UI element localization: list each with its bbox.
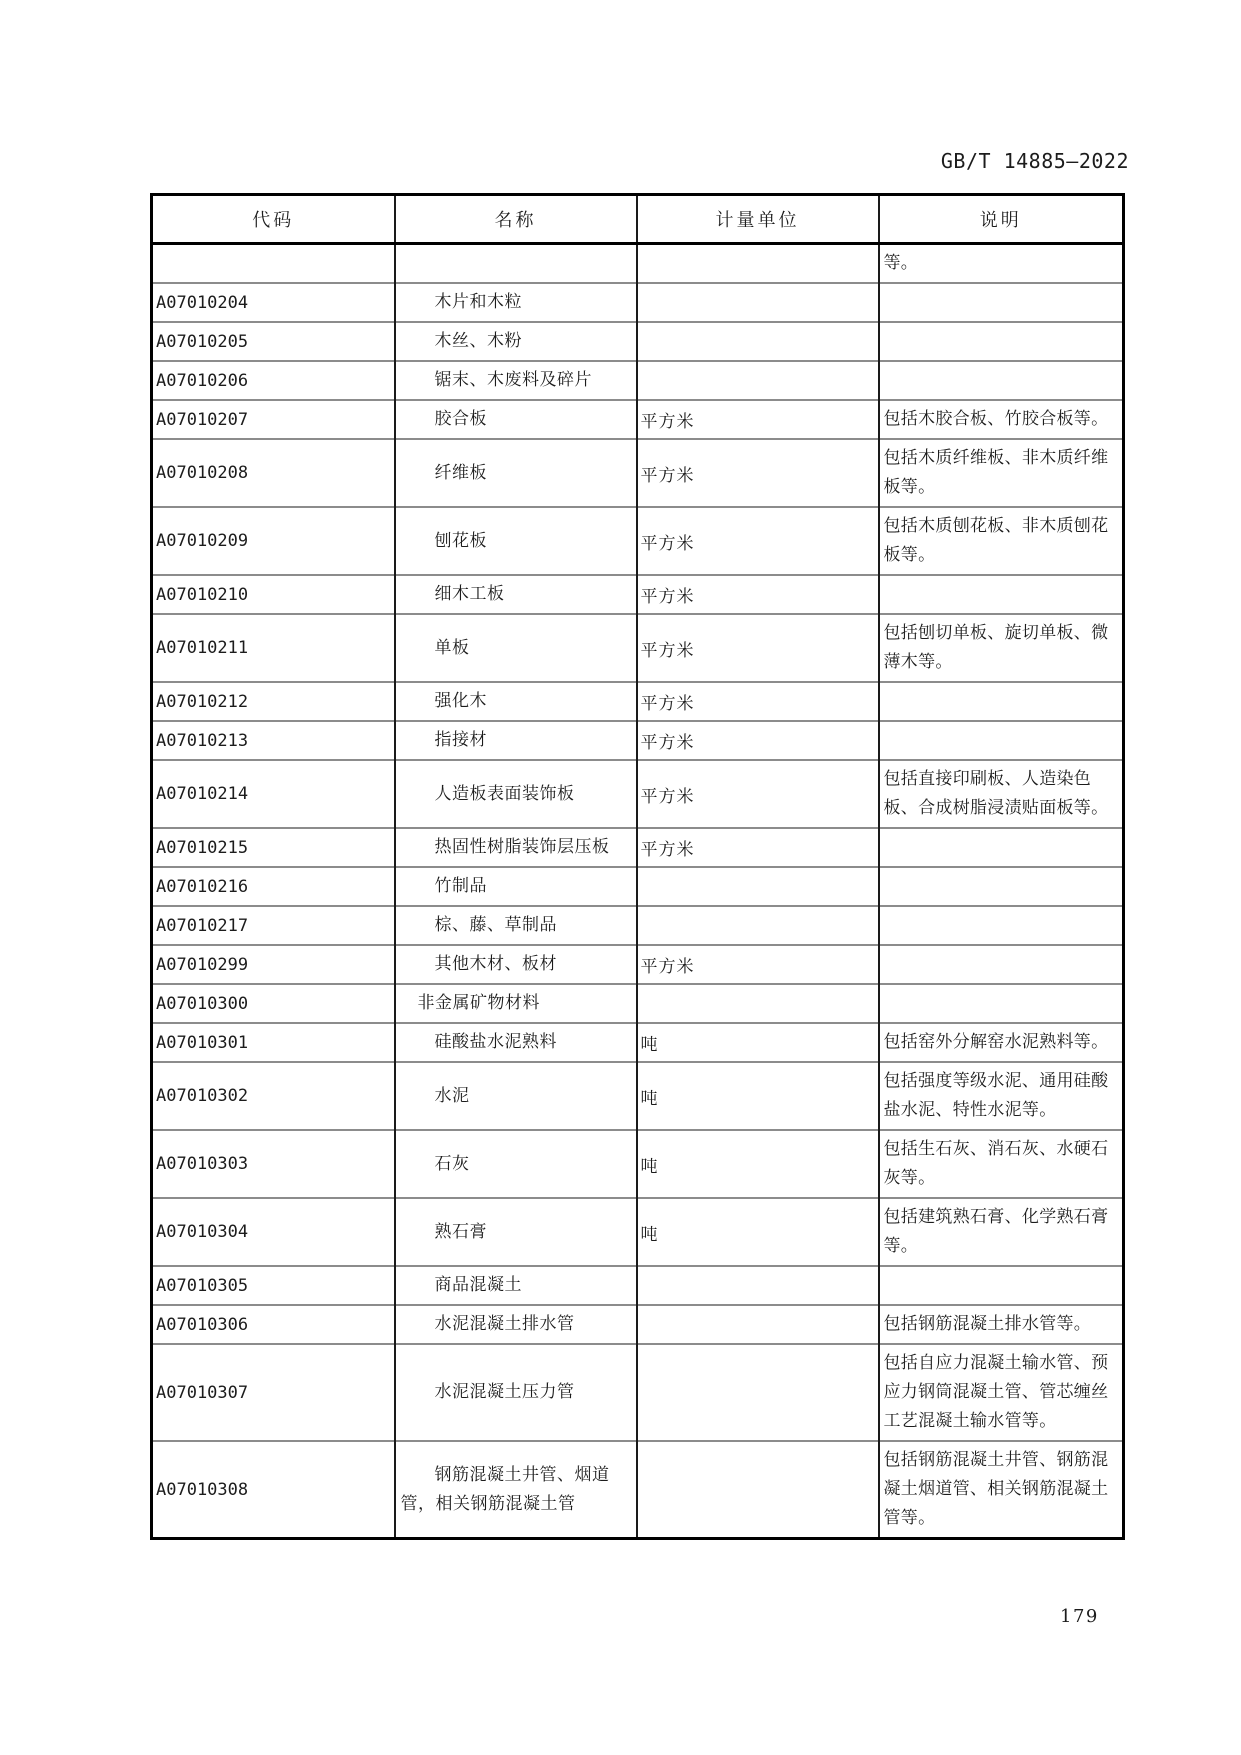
cell-code: A07010300 (152, 984, 395, 1023)
cell-code: A07010206 (152, 361, 395, 400)
cell-desc (879, 283, 1124, 322)
cell-name: 硅酸盐水泥熟料 (395, 1023, 637, 1062)
table-row: A07010301硅酸盐水泥熟料吨包括窑外分解窑水泥熟料等。 (152, 1023, 1124, 1062)
cell-name: 熟石膏 (395, 1198, 637, 1266)
table-row: A07010304熟石膏吨包括建筑熟石膏、化学熟石膏等。 (152, 1198, 1124, 1266)
cell-unit (637, 867, 879, 906)
table-row: A07010308钢筋混凝土井管、烟道管，相关钢筋混凝土管包括钢筋混凝土井管、钢… (152, 1441, 1124, 1539)
cell-name: 指接材 (395, 721, 637, 760)
cell-name (395, 244, 637, 284)
cell-code: A07010212 (152, 682, 395, 721)
cell-code: A07010215 (152, 828, 395, 867)
cell-name: 棕、藤、草制品 (395, 906, 637, 945)
cell-code: A07010217 (152, 906, 395, 945)
cell-unit: 平方米 (637, 760, 879, 828)
cell-unit: 平方米 (637, 614, 879, 682)
cell-unit: 吨 (637, 1062, 879, 1130)
cell-name: 纤维板 (395, 439, 637, 507)
cell-desc: 包括刨切单板、旋切单板、微薄木等。 (879, 614, 1124, 682)
cell-code: A07010307 (152, 1344, 395, 1441)
cell-code: A07010209 (152, 507, 395, 575)
table-row: A07010210细木工板平方米 (152, 575, 1124, 614)
cell-name: 木丝、木粉 (395, 322, 637, 361)
cell-name: 刨花板 (395, 507, 637, 575)
table-row: A07010216竹制品 (152, 867, 1124, 906)
cell-desc: 包括木胶合板、竹胶合板等。 (879, 400, 1124, 439)
table-row: A07010300非金属矿物材料 (152, 984, 1124, 1023)
cell-unit: 平方米 (637, 945, 879, 984)
cell-code: A07010299 (152, 945, 395, 984)
cell-code: A07010204 (152, 283, 395, 322)
cell-name: 商品混凝土 (395, 1266, 637, 1305)
cell-name: 木片和木粒 (395, 283, 637, 322)
cell-desc (879, 575, 1124, 614)
cell-desc: 包括钢筋混凝土排水管等。 (879, 1305, 1124, 1344)
table-row: A07010217棕、藤、草制品 (152, 906, 1124, 945)
cell-unit: 吨 (637, 1023, 879, 1062)
table-row: A07010215热固性树脂装饰层压板平方米 (152, 828, 1124, 867)
table-row: A07010307水泥混凝土压力管包括自应力混凝土输水管、预应力钢筒混凝土管、管… (152, 1344, 1124, 1441)
cell-unit: 平方米 (637, 682, 879, 721)
cell-desc (879, 984, 1124, 1023)
cell-name: 石灰 (395, 1130, 637, 1198)
cell-desc (879, 721, 1124, 760)
cell-code: A07010208 (152, 439, 395, 507)
table-row: A07010213指接材平方米 (152, 721, 1124, 760)
cell-unit (637, 361, 879, 400)
cell-desc: 包括建筑熟石膏、化学熟石膏等。 (879, 1198, 1124, 1266)
cell-name: 强化木 (395, 682, 637, 721)
cell-name: 竹制品 (395, 867, 637, 906)
cell-desc: 包括钢筋混凝土井管、钢筋混凝土烟道管、相关钢筋混凝土管等。 (879, 1441, 1124, 1539)
table-row: A07010305商品混凝土 (152, 1266, 1124, 1305)
table-row: 等。 (152, 244, 1124, 284)
cell-unit (637, 244, 879, 284)
cell-code: A07010302 (152, 1062, 395, 1130)
column-header-code: 代码 (152, 195, 395, 244)
cell-code: A07010211 (152, 614, 395, 682)
table-row: A07010212强化木平方米 (152, 682, 1124, 721)
cell-code: A07010210 (152, 575, 395, 614)
cell-unit (637, 1305, 879, 1344)
cell-code: A07010214 (152, 760, 395, 828)
cell-unit: 平方米 (637, 721, 879, 760)
cell-unit (637, 984, 879, 1023)
cell-code: A07010207 (152, 400, 395, 439)
cell-desc (879, 945, 1124, 984)
table-row: A07010299其他木材、板材平方米 (152, 945, 1124, 984)
cell-code (152, 244, 395, 284)
cell-code: A07010308 (152, 1441, 395, 1539)
cell-unit: 平方米 (637, 507, 879, 575)
cell-name: 非金属矿物材料 (395, 984, 637, 1023)
document-page: GB/T 14885—2022 代码 名称 计量单位 说明 等。A0701020… (0, 0, 1241, 1755)
cell-desc: 包括生石灰、消石灰、水硬石灰等。 (879, 1130, 1124, 1198)
cell-desc: 包括自应力混凝土输水管、预应力钢筒混凝土管、管芯缠丝工艺混凝土输水管等。 (879, 1344, 1124, 1441)
cell-code: A07010205 (152, 322, 395, 361)
cell-unit: 平方米 (637, 575, 879, 614)
standard-number: GB/T 14885—2022 (941, 149, 1129, 173)
cell-unit: 平方米 (637, 400, 879, 439)
column-header-name: 名称 (395, 195, 637, 244)
cell-desc: 包括窑外分解窑水泥熟料等。 (879, 1023, 1124, 1062)
table-row: A07010306水泥混凝土排水管包括钢筋混凝土排水管等。 (152, 1305, 1124, 1344)
cell-unit (637, 906, 879, 945)
cell-desc: 包括木质刨花板、非木质刨花板等。 (879, 507, 1124, 575)
cell-name: 其他木材、板材 (395, 945, 637, 984)
page-number: 179 (1060, 1606, 1099, 1627)
table-row: A07010214人造板表面装饰板平方米包括直接印刷板、人造染色板、合成树脂浸渍… (152, 760, 1124, 828)
cell-name: 水泥 (395, 1062, 637, 1130)
cell-desc (879, 867, 1124, 906)
cell-unit (637, 1441, 879, 1539)
cell-desc (879, 682, 1124, 721)
cell-unit (637, 283, 879, 322)
cell-code: A07010305 (152, 1266, 395, 1305)
column-header-description: 说明 (879, 195, 1124, 244)
table-row: A07010206锯末、木废料及碎片 (152, 361, 1124, 400)
cell-code: A07010306 (152, 1305, 395, 1344)
table-header-row: 代码 名称 计量单位 说明 (152, 195, 1124, 244)
table-row: A07010302水泥吨包括强度等级水泥、通用硅酸盐水泥、特性水泥等。 (152, 1062, 1124, 1130)
table-row: A07010209刨花板平方米包括木质刨花板、非木质刨花板等。 (152, 507, 1124, 575)
cell-desc (879, 322, 1124, 361)
table-row: A07010211单板平方米包括刨切单板、旋切单板、微薄木等。 (152, 614, 1124, 682)
cell-unit: 吨 (637, 1198, 879, 1266)
classification-table: 代码 名称 计量单位 说明 等。A07010204木片和木粒A07010205木… (150, 193, 1125, 1540)
cell-name: 水泥混凝土压力管 (395, 1344, 637, 1441)
cell-name: 热固性树脂装饰层压板 (395, 828, 637, 867)
cell-unit (637, 1344, 879, 1441)
cell-code: A07010216 (152, 867, 395, 906)
cell-desc (879, 906, 1124, 945)
cell-unit (637, 1266, 879, 1305)
cell-desc (879, 361, 1124, 400)
cell-unit: 吨 (637, 1130, 879, 1198)
table-row: A07010205木丝、木粉 (152, 322, 1124, 361)
table-row: A07010303石灰吨包括生石灰、消石灰、水硬石灰等。 (152, 1130, 1124, 1198)
cell-code: A07010301 (152, 1023, 395, 1062)
table-row: A07010208纤维板平方米包括木质纤维板、非木质纤维板等。 (152, 439, 1124, 507)
cell-name: 人造板表面装饰板 (395, 760, 637, 828)
cell-name: 钢筋混凝土井管、烟道管，相关钢筋混凝土管 (395, 1441, 637, 1539)
cell-code: A07010213 (152, 721, 395, 760)
cell-unit: 平方米 (637, 828, 879, 867)
table-row: A07010204木片和木粒 (152, 283, 1124, 322)
cell-unit (637, 322, 879, 361)
cell-name: 锯末、木废料及碎片 (395, 361, 637, 400)
cell-name: 胶合板 (395, 400, 637, 439)
cell-desc (879, 828, 1124, 867)
cell-desc: 包括强度等级水泥、通用硅酸盐水泥、特性水泥等。 (879, 1062, 1124, 1130)
table-row: A07010207胶合板平方米包括木胶合板、竹胶合板等。 (152, 400, 1124, 439)
cell-desc (879, 1266, 1124, 1305)
cell-name: 单板 (395, 614, 637, 682)
cell-code: A07010303 (152, 1130, 395, 1198)
cell-name: 水泥混凝土排水管 (395, 1305, 637, 1344)
column-header-unit: 计量单位 (637, 195, 879, 244)
cell-code: A07010304 (152, 1198, 395, 1266)
cell-desc: 包括直接印刷板、人造染色板、合成树脂浸渍贴面板等。 (879, 760, 1124, 828)
cell-desc: 包括木质纤维板、非木质纤维板等。 (879, 439, 1124, 507)
cell-name: 细木工板 (395, 575, 637, 614)
cell-unit: 平方米 (637, 439, 879, 507)
cell-desc: 等。 (879, 244, 1124, 284)
